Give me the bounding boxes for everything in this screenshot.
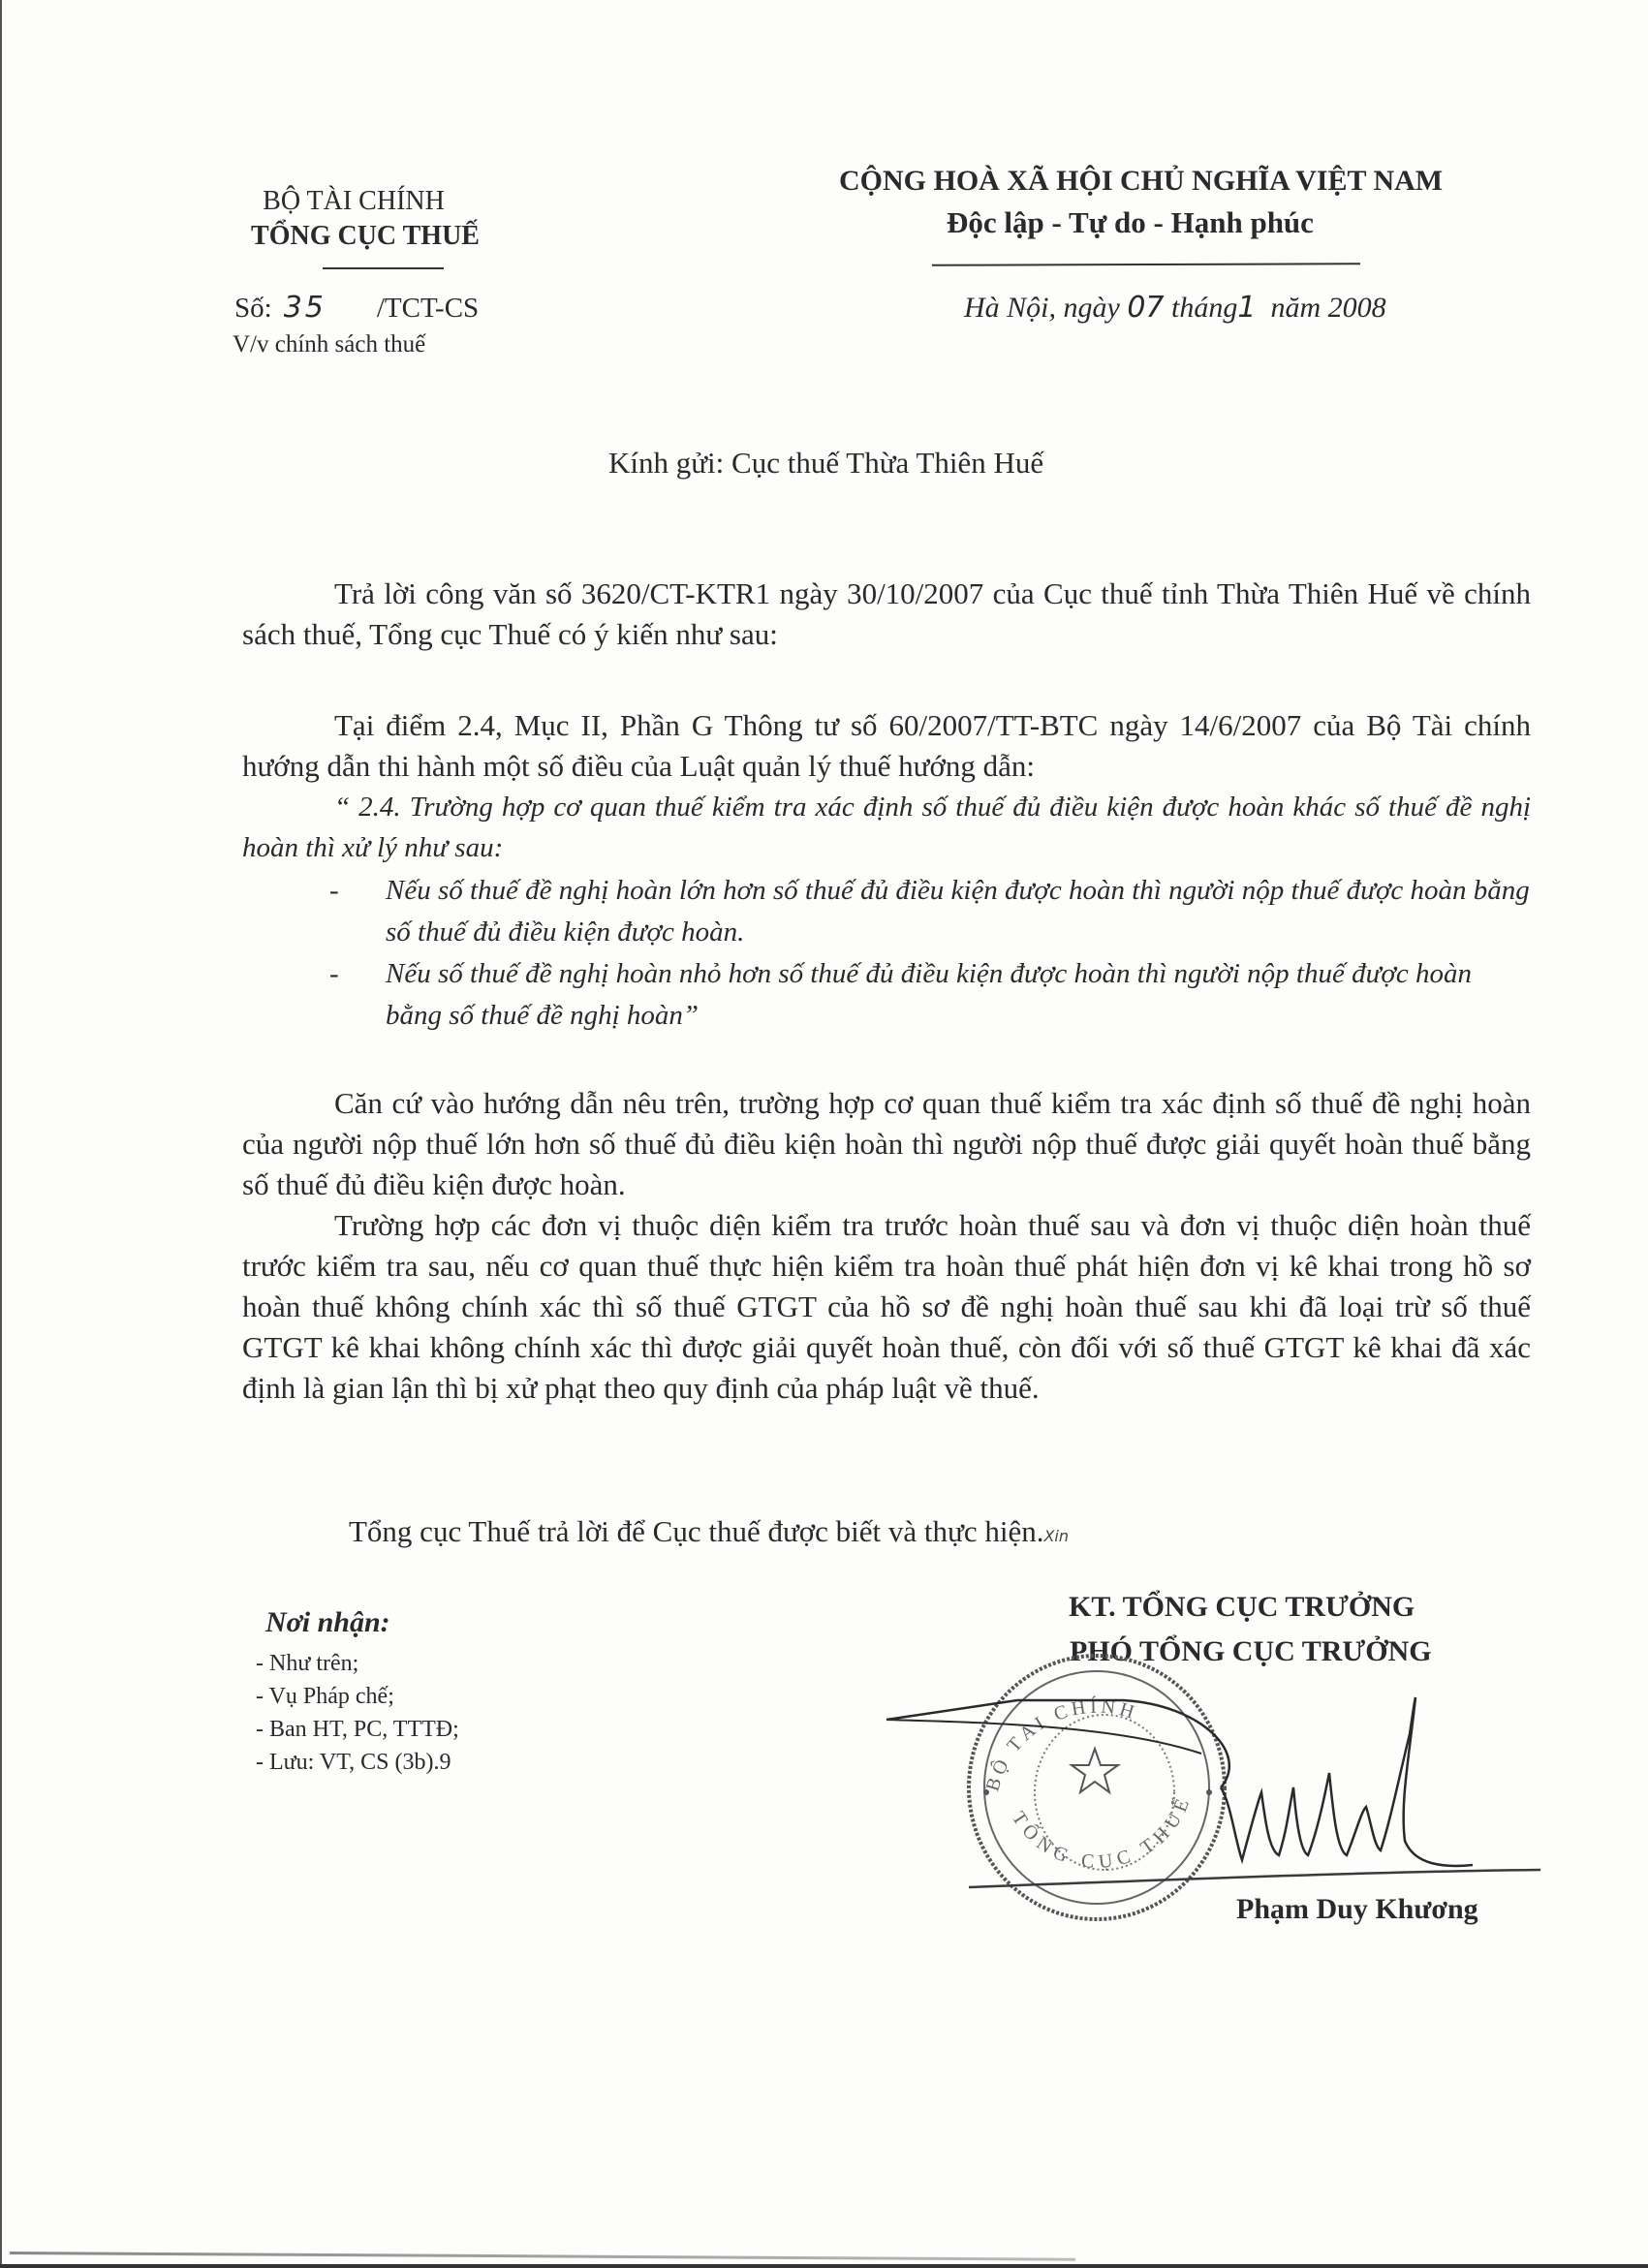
doc-code: /TCT-CS bbox=[377, 293, 479, 324]
date-year: năm 2008 bbox=[1270, 292, 1385, 324]
signatory-title-1: KT. TỔNG CỤC TRƯỞNG bbox=[1069, 1591, 1415, 1624]
quoted-clause-list: Nếu số thuế đề nghị hoàn lớn hơn số thuế… bbox=[329, 870, 1531, 1037]
doc-number-value: 35 bbox=[284, 291, 326, 325]
handwritten-initials: Xin bbox=[1043, 1527, 1069, 1545]
recipient-item: Lưu: VT, CS (3b).9 bbox=[256, 1746, 459, 1779]
national-motto: Độc lập - Tự do - Hạnh phúc bbox=[947, 205, 1314, 240]
national-title: CỘNG HOÀ XÃ HỘI CHỦ NGHĨA VIỆT NAM bbox=[839, 165, 1443, 198]
motto-underline bbox=[932, 263, 1360, 266]
quoted-list-item: Nếu số thuế đề nghị hoàn nhỏ hơn số thuế… bbox=[329, 953, 1531, 1037]
document-subject: V/v chính sách thuế bbox=[233, 331, 425, 358]
recipient-item: Vụ Pháp chế; bbox=[256, 1680, 459, 1713]
signer-name: Phạm Duy Khương bbox=[1236, 1893, 1478, 1926]
doc-number-label: Số: bbox=[234, 293, 272, 324]
scan-artifact-line bbox=[10, 2252, 1075, 2261]
handwritten-signature bbox=[882, 1695, 1540, 1889]
date-prefix: Hà Nội, ngày bbox=[964, 292, 1120, 324]
quoted-list-item: Nếu số thuế đề nghị hoàn lớn hơn số thuế… bbox=[329, 870, 1531, 953]
place-date: Hà Nội, ngày 07 tháng1 năm 2008 bbox=[964, 291, 1386, 325]
ministry-name: BỘ TÀI CHÍNH bbox=[233, 186, 475, 217]
body-paragraph-2: Tại điểm 2.4, Mục II, Phần G Thông tư số… bbox=[242, 705, 1531, 787]
body-paragraph-3: Căn cứ vào hướng dẫn nêu trên, trường hợ… bbox=[242, 1083, 1531, 1205]
agency-underline bbox=[323, 267, 444, 269]
addressee: Kính gửi: Cục thuế Thừa Thiên Huế bbox=[608, 446, 1043, 481]
document-number: Số:35/TCT-CS bbox=[234, 291, 479, 325]
recipient-item: Như trên; bbox=[256, 1647, 459, 1680]
recipient-item: Ban HT, PC, TTTĐ; bbox=[256, 1713, 459, 1746]
body-paragraph-4: Trường hợp các đơn vị thuộc diện kiểm tr… bbox=[242, 1205, 1531, 1409]
quoted-clause: “ 2.4. Trường hợp cơ quan thuế kiểm tra … bbox=[242, 787, 1531, 868]
agency-name: TỔNG CỤC THUẾ bbox=[225, 221, 506, 252]
body-paragraph-1: Trả lời công văn số 3620/CT-KTR1 ngày 30… bbox=[242, 574, 1531, 655]
closing-paragraph: Tổng cục Thuế trả lời để Cục thuế được b… bbox=[349, 1511, 1069, 1557]
recipients-list: Như trên; Vụ Pháp chế; Ban HT, PC, TTTĐ;… bbox=[256, 1647, 459, 1779]
date-day: 07 bbox=[1127, 291, 1164, 325]
date-month: 1 bbox=[1237, 291, 1256, 325]
scan-border-left bbox=[0, 0, 2, 2268]
scan-border-bottom bbox=[0, 2264, 1648, 2268]
date-month-label: tháng bbox=[1171, 292, 1237, 324]
recipients-title: Nơi nhận: bbox=[265, 1606, 390, 1639]
